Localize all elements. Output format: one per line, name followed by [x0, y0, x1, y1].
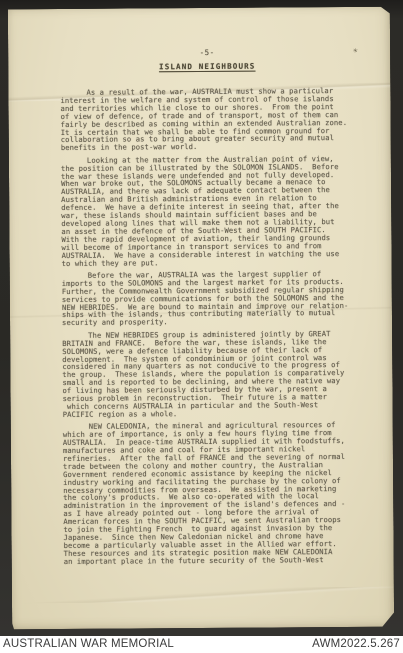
scan-background: -5- ISLAND NEIGHBOURS * As a result of t… [0, 0, 403, 636]
paragraph: The NEW HEBRIDES group is administered j… [62, 330, 353, 419]
paragraph: NEW CALEDONIA, the mineral and agricultu… [63, 421, 354, 565]
document-body: As a result of the war, AUSTRALIA must s… [60, 87, 353, 570]
pencil-mark: * [351, 47, 358, 58]
accession-number: AWM2022.5.267 [312, 638, 400, 650]
document-title: ISLAND NEIGHBOURS [8, 61, 390, 73]
paragraph: Looking at the matter from the Australia… [61, 155, 352, 268]
paragraph: Before the war, AUSTRALIA was the larges… [62, 270, 352, 327]
document-page: -5- ISLAND NEIGHBOURS * As a result of t… [8, 7, 394, 630]
paper-crease [12, 587, 394, 604]
institution-label: AUSTRALIAN WAR MEMORIAL [3, 638, 174, 650]
catalog-bar: AUSTRALIAN WAR MEMORIAL AWM2022.5.267 [0, 636, 403, 653]
page-number: -5- [8, 47, 390, 59]
paragraph: As a result of the war, AUSTRALIA must s… [60, 87, 350, 152]
